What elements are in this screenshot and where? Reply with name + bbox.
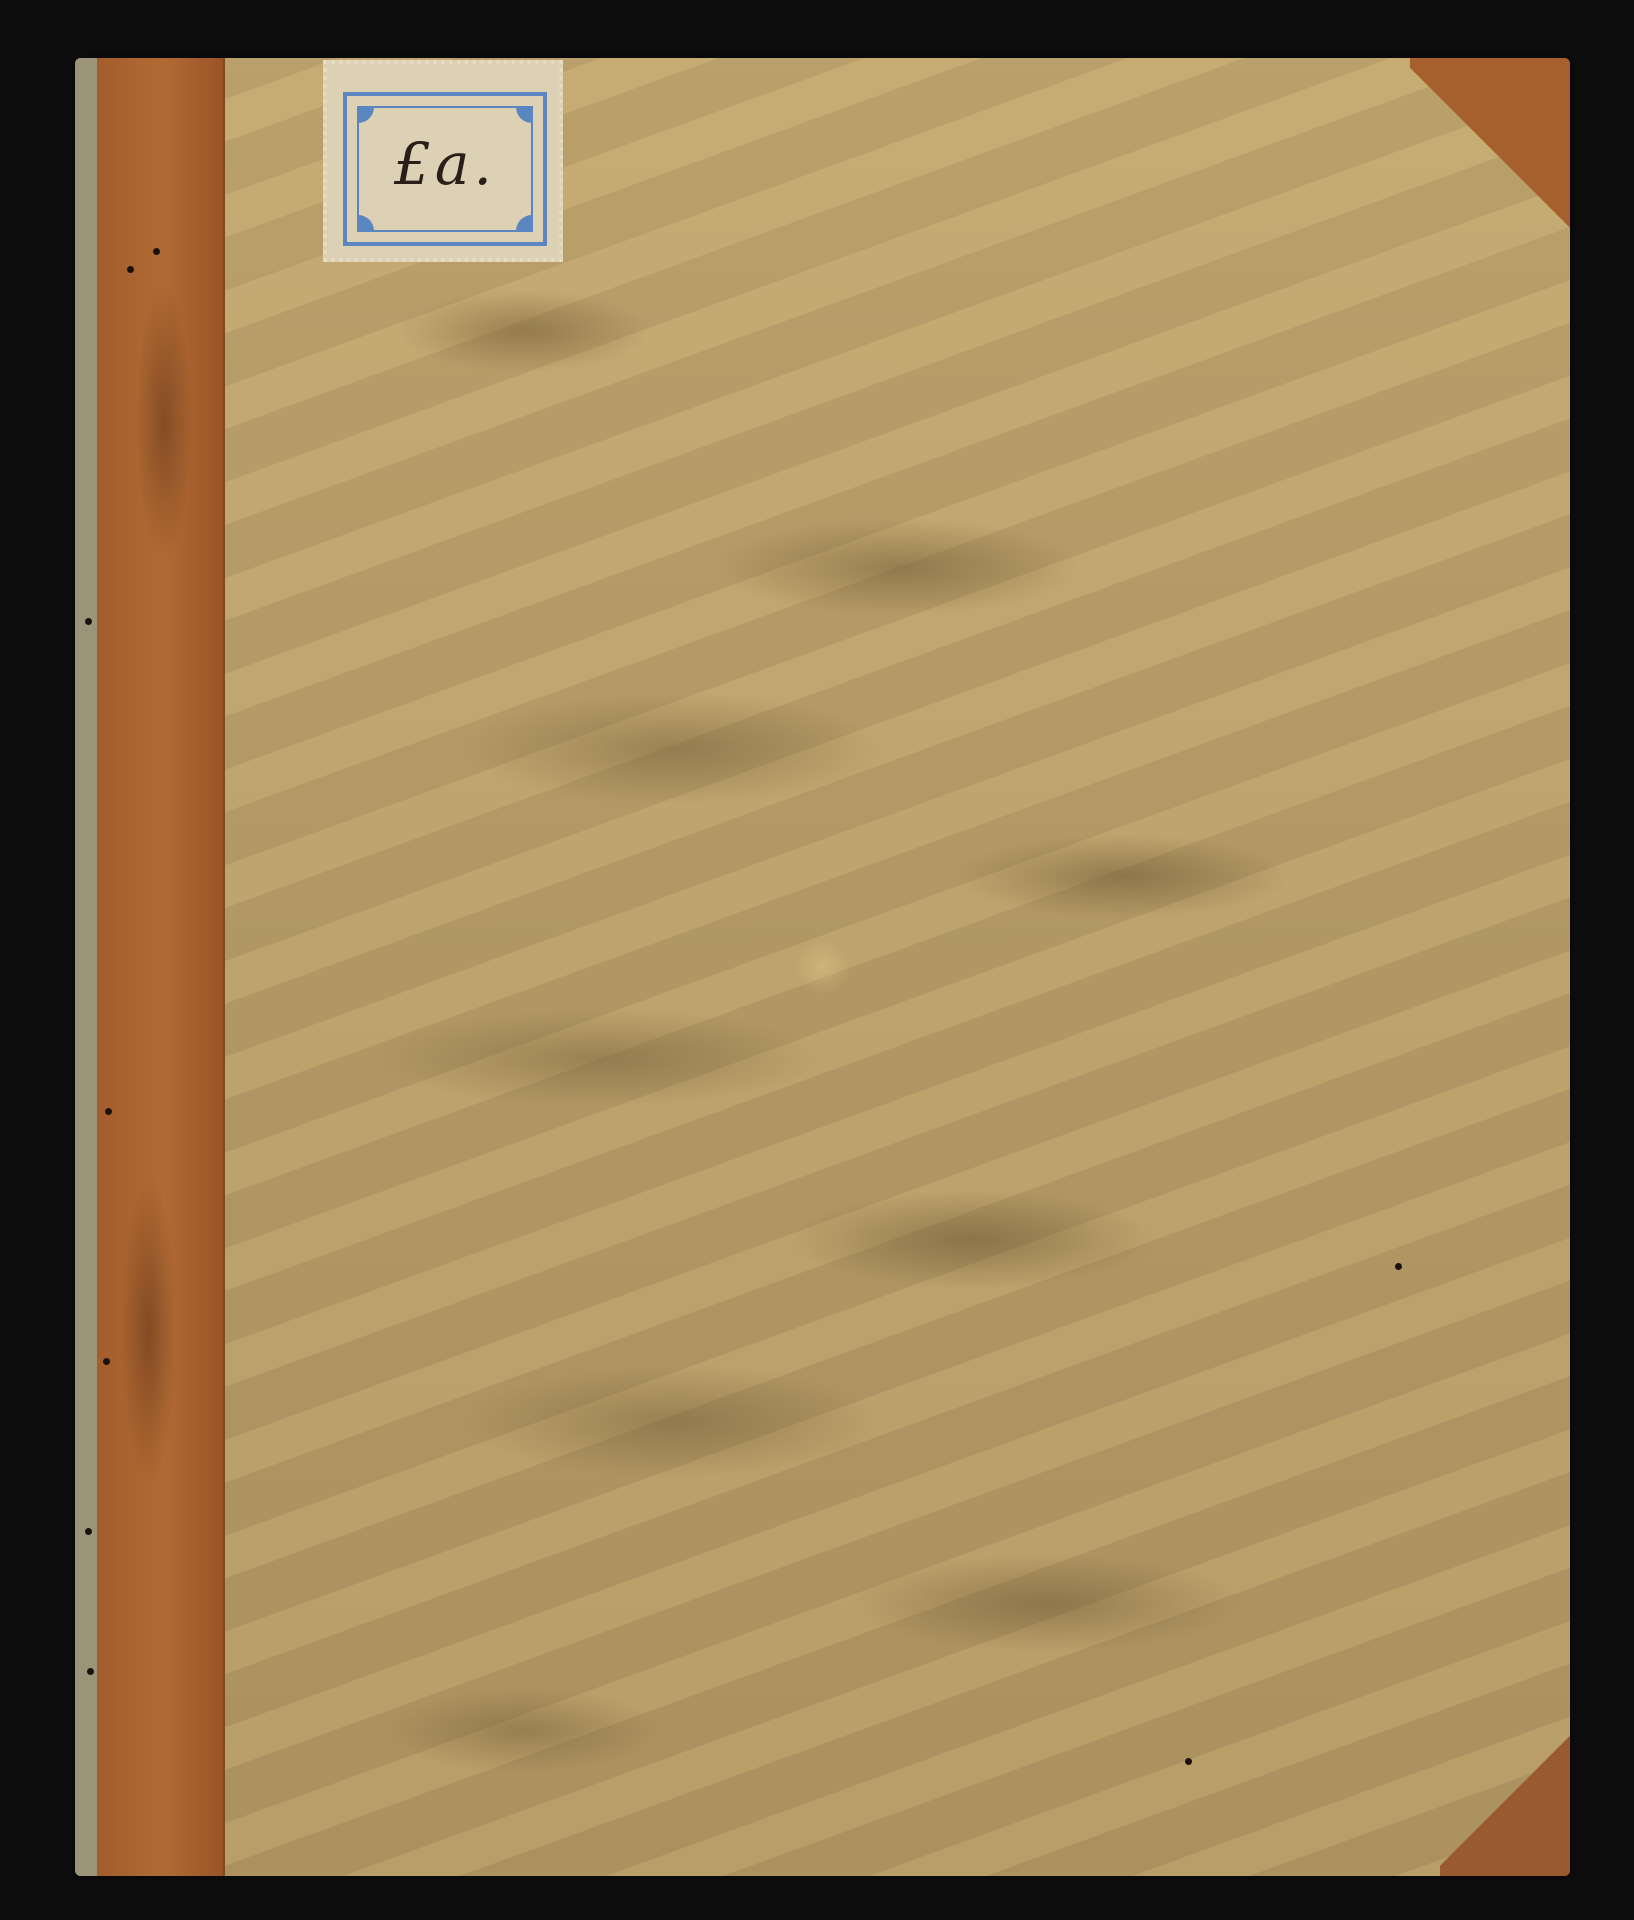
leather-corner-top-right: [1410, 58, 1570, 238]
wormhole: [1395, 1263, 1402, 1270]
corner-ornament-icon: [358, 215, 374, 231]
marbled-board: [75, 58, 1570, 1876]
wormhole: [87, 1668, 94, 1675]
wormhole: [1185, 1758, 1192, 1765]
corner-ornament-icon: [516, 107, 532, 123]
wormhole: [105, 1108, 112, 1115]
wormhole: [127, 266, 134, 273]
corner-ornament-icon: [358, 107, 374, 123]
cover-label: £a.: [323, 60, 563, 262]
wormhole: [85, 618, 92, 625]
leather-spine: [75, 58, 225, 1876]
corner-ornament-icon: [516, 215, 532, 231]
wormhole: [153, 248, 160, 255]
wormhole: [85, 1528, 92, 1535]
leather-corner-bottom-right: [1440, 1726, 1570, 1876]
label-handwriting: £a.: [359, 130, 531, 198]
wormhole: [103, 1358, 110, 1365]
label-border: £a.: [343, 92, 547, 246]
book-cover: £a.: [75, 58, 1570, 1876]
